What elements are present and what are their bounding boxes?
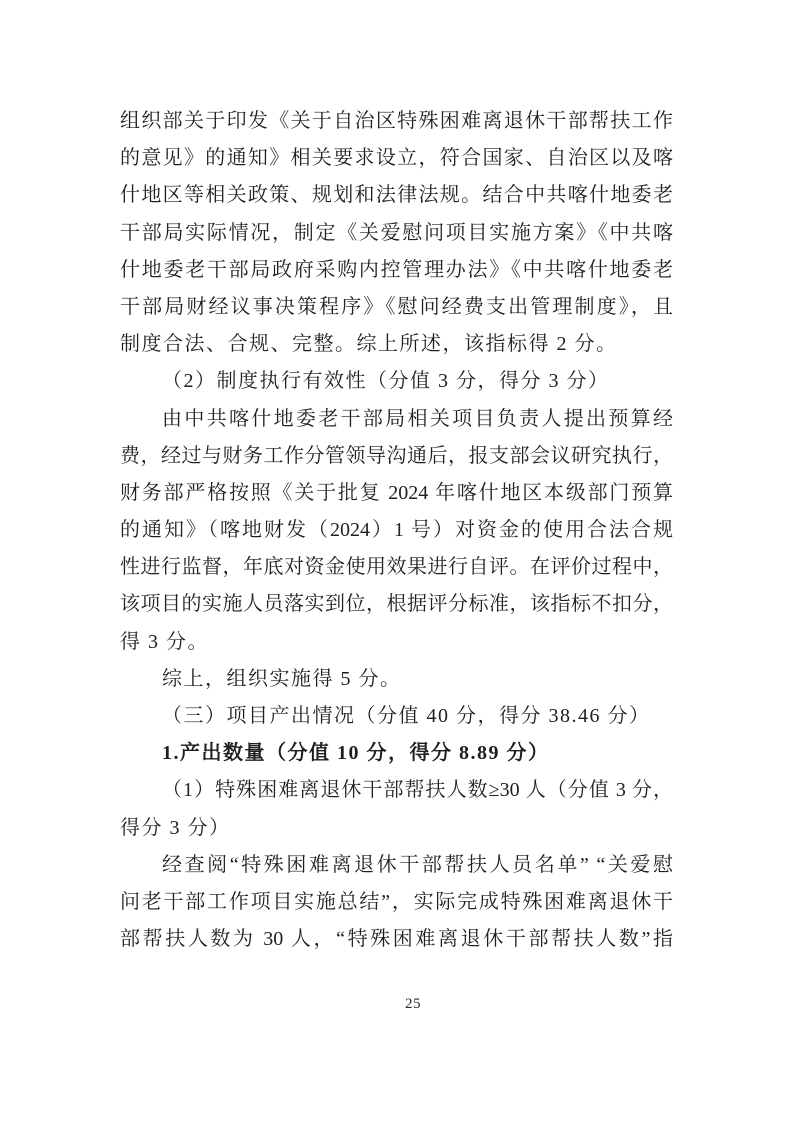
- text-line: （1）特殊困难离退休干部帮扶人数≥30 人（分值 3 分，: [120, 772, 673, 809]
- text-line: 综上，组织实施得 5 分。: [120, 661, 673, 698]
- text-line: 1.产出数量（分值 10 分，得分 8.89 分）: [120, 735, 673, 772]
- text-line: 什地委老干部局政府采购内控管理办法》《中共喀什地委老: [120, 252, 673, 289]
- text-line: 经查阅“特殊困难离退休干部帮扶人员名单” “关爱慰: [120, 847, 673, 884]
- text-line: （三）项目产出情况（分值 40 分，得分 38.46 分）: [120, 698, 673, 735]
- text-line: 的意见》的通知》相关要求设立，符合国家、自治区以及喀: [120, 140, 673, 177]
- text-line: 制度合法、合规、完整。综上所述，该指标得 2 分。: [120, 326, 673, 363]
- text-line: 干部局财经议事决策程序》《慰问经费支出管理制度》，且: [120, 289, 673, 326]
- text-line: 部帮扶人数为 30 人，“特殊困难离退休干部帮扶人数”指: [120, 921, 673, 958]
- document-page: 组织部关于印发《关于自治区特殊困难离退休干部帮扶工作的意见》的通知》相关要求设立…: [0, 0, 793, 1122]
- document-body: 组织部关于印发《关于自治区特殊困难离退休干部帮扶工作的意见》的通知》相关要求设立…: [120, 103, 673, 958]
- text-line: 得分 3 分）: [120, 810, 673, 847]
- text-line: 费，经过与财务工作分管领导沟通后，报支部会议研究执行，: [120, 438, 673, 475]
- text-line: 得 3 分。: [120, 624, 673, 661]
- text-line: 的通知》（喀地财发（2024）1 号）对资金的使用合法合规: [120, 512, 673, 549]
- text-line: 干部局实际情况，制定《关爱慰问项目实施方案》《中共喀: [120, 215, 673, 252]
- text-line: 财务部严格按照《关于批复 2024 年喀什地区本级部门预算: [120, 475, 673, 512]
- text-line: 问老干部工作项目实施总结”，实际完成特殊困难离退休干: [120, 884, 673, 921]
- text-line: 什地区等相关政策、规划和法律法规。结合中共喀什地委老: [120, 177, 673, 214]
- page-number: 25: [405, 995, 421, 1013]
- text-line: 性进行监督，年底对资金使用效果进行自评。在评价过程中，: [120, 549, 673, 586]
- text-line: 该项目的实施人员落实到位，根据评分标准，该指标不扣分，: [120, 586, 673, 623]
- text-line: 由中共喀什地委老干部局相关项目负责人提出预算经: [120, 401, 673, 438]
- text-line: （2）制度执行有效性（分值 3 分，得分 3 分）: [120, 363, 673, 400]
- text-line: 组织部关于印发《关于自治区特殊困难离退休干部帮扶工作: [120, 103, 673, 140]
